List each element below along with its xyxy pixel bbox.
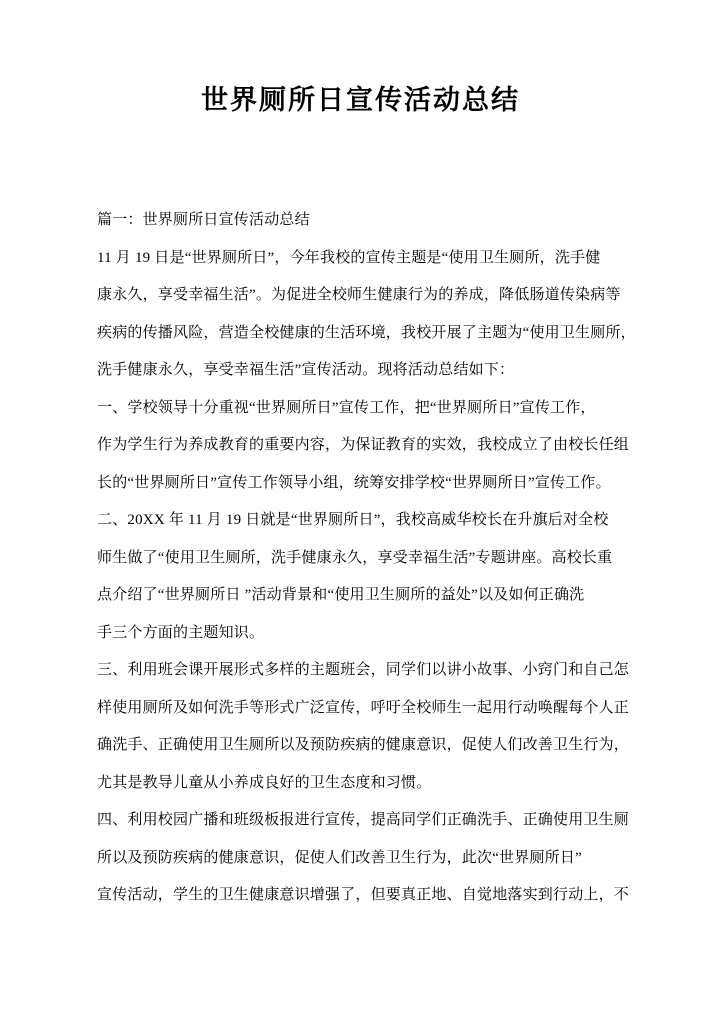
text-line: 洗手健康永久，享受幸福生活”宣传活动。现将活动总结如下： [97,352,627,390]
text-line: 疾病的传播风险，营造全校健康的生活环境，我校开展了主题为“使用卫生厕所， [97,315,627,353]
paragraph: 11 月 19 日是“世界厕所日”，今年我校的宣传主题是“使用卫生厕所，洗手健康… [97,240,627,390]
paragraph: 一、学校领导十分重视“世界厕所日”宣传工作，把“世界厕所日”宣传工作，作为学生行… [97,390,627,503]
document-title: 世界厕所日宣传活动总结 [0,85,721,116]
text-line: 二、20XX 年 11 月 19 日就是“世界厕所日”，我校高威华校长在升旗后对… [97,502,627,540]
paragraph: 三、利用班会课开展形式多样的主题班会，同学们以讲小故事、小窍门和自己怎样使用厕所… [97,652,627,802]
text-line: 点介绍了“世界厕所日 ”活动背景和“使用卫生厕所的益处”以及如何正确洗 [97,577,627,615]
text-line: 确洗手、正确使用卫生厕所以及预防疾病的健康意识，促使人们改善卫生行为， [97,727,627,765]
text-line: 三、利用班会课开展形式多样的主题班会，同学们以讲小故事、小窍门和自己怎 [97,652,627,690]
paragraph: 二、20XX 年 11 月 19 日就是“世界厕所日”，我校高威华校长在升旗后对… [97,502,627,652]
document-body: 篇一：世界厕所日宣传活动总结11 月 19 日是“世界厕所日”，今年我校的宣传主… [97,202,627,915]
text-line: 所以及预防疾病的健康意识，促使人们改善卫生行为，此次“世界厕所日” [97,840,627,878]
text-line: 篇一：世界厕所日宣传活动总结 [97,202,627,240]
text-line: 长的“世界厕所日”宣传工作领导小组，统筹安排学校“世界厕所日”宣传工作。 [97,465,627,503]
paragraph: 四、利用校园广播和班级板报进行宣传，提高同学们正确洗手、正确使用卫生厕所以及预防… [97,802,627,915]
text-line: 手三个方面的主题知识。 [97,615,627,653]
text-line: 宣传活动，学生的卫生健康意识增强了，但要真正地、自觉地落实到行动上，不 [97,877,627,915]
text-line: 11 月 19 日是“世界厕所日”，今年我校的宣传主题是“使用卫生厕所，洗手健 [97,240,627,278]
document-page: 世界厕所日宣传活动总结 篇一：世界厕所日宣传活动总结11 月 19 日是“世界厕… [0,0,721,1020]
paragraph: 篇一：世界厕所日宣传活动总结 [97,202,627,240]
text-line: 一、学校领导十分重视“世界厕所日”宣传工作，把“世界厕所日”宣传工作， [97,390,627,428]
text-line: 四、利用校园广播和班级板报进行宣传，提高同学们正确洗手、正确使用卫生厕 [97,802,627,840]
text-line: 尤其是教导儿童从小养成良好的卫生态度和习惯。 [97,765,627,803]
text-line: 样使用厕所及如何洗手等形式广泛宣传，呼吁全校师生一起用行动唤醒每个人正 [97,690,627,728]
text-line: 师生做了“使用卫生厕所，洗手健康永久，享受幸福生活”专题讲座。高校长重 [97,540,627,578]
text-line: 作为学生行为养成教育的重要内容，为保证教育的实效，我校成立了由校长任组 [97,427,627,465]
text-line: 康永久，享受幸福生活”。为促进全校师生健康行为的养成，降低肠道传染病等 [97,277,627,315]
